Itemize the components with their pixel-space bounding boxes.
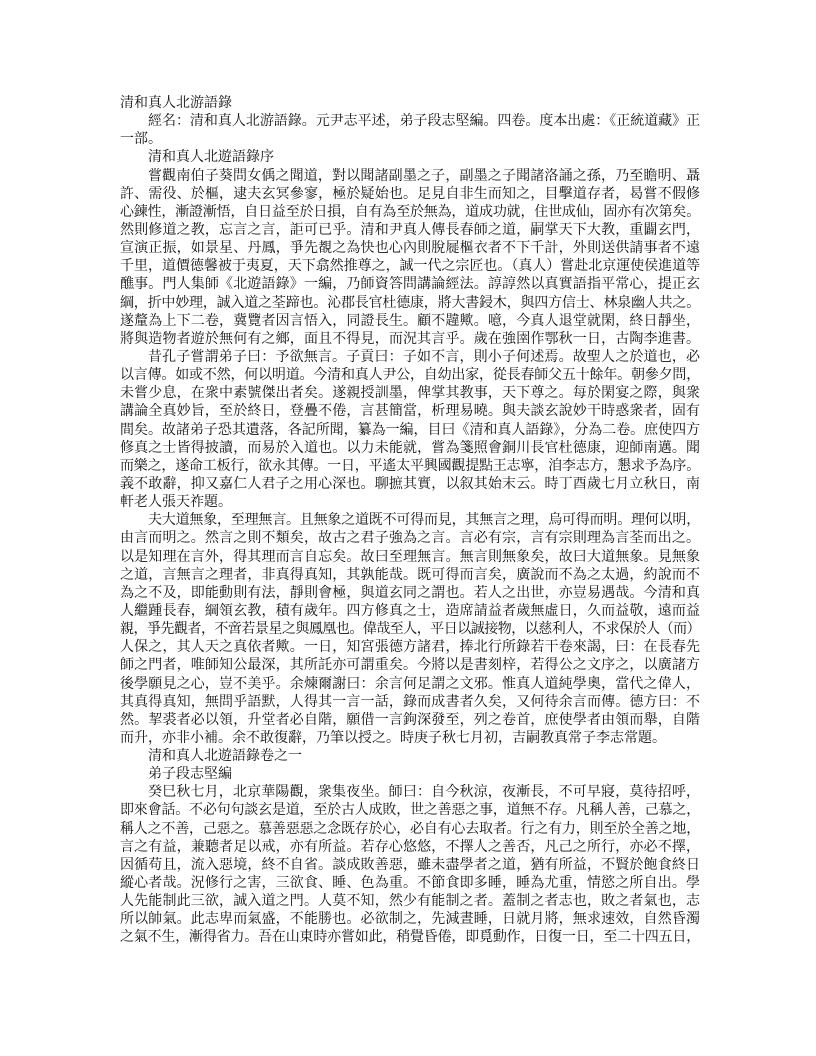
text-line: 昔孔子嘗謂弟子曰：予欲無言。子貢曰：子如不言，則小子何述焉。故聖人之於道也，必 bbox=[120, 348, 700, 366]
text-line: 未嘗少息，在衆中素號傑出者矣。遂親授訓墨，俾掌其教事，天下尊之。每於閑宴之際，與… bbox=[120, 384, 700, 402]
text-line: 由言而明之。然言之則不類矣，故古之君子強為之言。言必有宗，言有宗則理為言荃而出之… bbox=[120, 529, 700, 547]
compiler-credit: 弟子段志堅編 bbox=[120, 765, 700, 783]
text-line: 其真得真知，無問乎語默，人得其一言一話，錄而成書者久矣，又何待余言而傳。德方曰：… bbox=[120, 693, 700, 711]
text-line: 許、需役、於樞，逮夫玄冥參寥，極於疑始也。足見自非生而知之，目擊道存者，曷嘗不假… bbox=[120, 185, 700, 203]
text-line: 夫大道無象，至理無言。且無象之道既不可得而見，其無言之理，烏可得而明。理何以明， bbox=[120, 511, 700, 529]
text-line: 講論全真妙旨，至於終日，登疊不倦，言甚簡當，析理易曉。與夫談玄說妙干時惑衆者，固… bbox=[120, 402, 700, 420]
preface-title: 清和真人北遊語錄序 bbox=[120, 148, 700, 166]
text-line: 之道，言無言之理者，非真得真知，其孰能哉。既可得而言矣，廣說而不為之太過，約說而… bbox=[120, 566, 700, 584]
preface-paragraph-3: 夫大道無象，至理無言。且無象之道既不可得而見，其無言之理，烏可得而明。理何以明，… bbox=[120, 511, 700, 747]
text-line: 以言傳。如或不然，何以明道。今清和真人尹公，自幼出家，從長春師父五十餘年。朝參夕… bbox=[120, 366, 700, 384]
text-line: 人保之，其人天之真依者歟。一日，知宮張德方諸君，捧北行所錄若干卷來謁，曰：在長春… bbox=[120, 638, 700, 656]
text-line: 宣演正振，如景星、丹鳳，爭先覩之為快也心內則脫屣樞衣者不下千計，外則送供請事者不… bbox=[120, 239, 700, 257]
text-line: 然。挈裘者必以領，升堂者必自階，願借一言鉤深發至，列之卷首，庶使學者由領而舉，自… bbox=[120, 711, 700, 729]
text-line: 心鍊性，漸證漸悟，自日益至於日損，自有為至於無為，道成功就，住世成仙，固亦有次第… bbox=[120, 203, 700, 221]
text-line: 之氣不生，漸得省力。吾在山東時亦嘗如此，稍覺昏倦，即覓動作，日復一日，至二十四五… bbox=[120, 928, 700, 946]
preface-paragraph-2: 昔孔子嘗謂弟子曰：予欲無言。子貢曰：子如不言，則小子何述焉。故聖人之於道也，必 … bbox=[120, 348, 700, 511]
body-paragraph-1: 癸巳秋七月，北京華陽觀，衆集夜坐。師曰：自今秋涼，夜漸長，不可早寢，莫待招呼， … bbox=[120, 783, 700, 946]
volume-heading: 清和真人北遊語錄卷之一 bbox=[120, 747, 700, 765]
text-line: 後學願見之心，豈不美乎。余煉爾謝曰：余言何足謂之文邪。惟真人道純學奧，當代之偉人… bbox=[120, 675, 700, 693]
text-line: 縱心者哉。況修行之害，三欲食、睡、色為重。不節食即多睡，睡為尤重，情慾之所自出。… bbox=[120, 874, 700, 892]
text-line: 而樂之，遂命工板行，欲永其傳。一日，平遙太平興國觀提點王志寧，洎李志方，懇求予為… bbox=[120, 457, 700, 475]
text-line: 將與造物者遊於無何有之鄉，面且不得見，而況其言乎。歲在強圉作鄂秋一日，古陶李進書… bbox=[120, 330, 700, 348]
text-line: 親，爭先觀者，不啻若景星之與鳳凰也。偉哉至人，平日以誠接物，以慈利人，不求保於人… bbox=[120, 620, 700, 638]
text-line: 醮事。門人集師《北遊語錄》一編，乃師資答問講論經法。諄諄然以真實語指平常心，提正… bbox=[120, 275, 700, 293]
catalog-entry-line: 一部。 bbox=[120, 130, 700, 148]
text-line: 以是知理在言外，得其理而言自忘矣。故曰至理無言。無言則無象矣，故曰大道無象。見無… bbox=[120, 548, 700, 566]
text-line: 然則修道之教，忘言之言，詎可已乎。清和尹真人傳長春師之道，嗣掌天下大教，重闢玄門… bbox=[120, 221, 700, 239]
text-line: 癸巳秋七月，北京華陽觀，衆集夜坐。師曰：自今秋涼，夜漸長，不可早寢，莫待招呼， bbox=[120, 783, 700, 801]
text-line: 義不敢辭，抑又嘉仁人君子之用心深也。聊摭其實，以叙其始末云。時丁酉歲七月立秋日，… bbox=[120, 475, 700, 493]
preface-paragraph-1: 嘗觀南伯子葵問女偊之聞道，對以聞諸副墨之子，副墨之子聞諸洛誦之孫，乃至瞻明、聶 … bbox=[120, 167, 700, 348]
text-line: 所以帥氣。此志卑而氣盛，不能勝也。必欲制之，先減晝睡，日就月將，無求速效，自然昏… bbox=[120, 910, 700, 928]
text-line: 即來會話。不必句句談玄是道，至於古人成敗，世之善惡之事，道無不存。凡稱人善，己慕… bbox=[120, 801, 700, 819]
text-line: 間矣。故諸弟子恐其遺落，各記所聞，纂為一編，目曰《清和真人語錄》，分為二卷。庶使… bbox=[120, 421, 700, 439]
text-line: 嘗觀南伯子葵問女偊之聞道，對以聞諸副墨之子，副墨之子聞諸洛誦之孫，乃至瞻明、聶 bbox=[120, 167, 700, 185]
text-line: 遂釐為上下二卷，冀覽者因言悟入，同證長生。顧不韙歟。噫，今真人退堂就閑，終日靜坐… bbox=[120, 312, 700, 330]
text-line: 師之門者，唯師知公最深，其所託亦可謂重矣。今將以是書刻梓，若得公之文序之，以廣諸… bbox=[120, 656, 700, 674]
text-line: 稱人之不善，己惡之。慕善惡惡之念既存於心，必自有心去取者。行之有力，則至於全善之… bbox=[120, 820, 700, 838]
text-line: 修真之士皆得披讀，而易於入道也。以力未能就，嘗為箋照會銅川長官杜德康，迎師南邁。… bbox=[120, 439, 700, 457]
text-line: 言之有益，兼聽者足以戒，亦有所益。若存心悠悠，不擇人之善否，凡己之所行，亦必不擇… bbox=[120, 838, 700, 856]
text-line: 因循苟且，流入惡境，終不自省。談成敗善惡，雖未盡學者之道，猶有所益，不賢於飽食終… bbox=[120, 856, 700, 874]
text-line: 綱，折中妙理，誠入道之荃蹄也。沁郡長官杜德康，將大書鋟木，與四方信士、林泉幽人共… bbox=[120, 294, 700, 312]
document-title: 清和真人北游語錄 bbox=[120, 94, 700, 112]
text-line: 軒老人張天祚題。 bbox=[120, 493, 700, 511]
catalog-entry: 經名：清和真人北游語錄。元尹志平述，弟子段志堅編。四卷。度本出處：《正統道藏》正… bbox=[120, 112, 700, 148]
text-line: 為之不及，即能動則有法，靜則會極，與道玄同之謂也。若人之出世，亦豈易遇哉。今清和… bbox=[120, 584, 700, 602]
text-line: 千里，道價德馨被于夷夏，天下翕然推尊之，誠一代之宗匠也。（真人）嘗赴北京運使侯進… bbox=[120, 257, 700, 275]
catalog-entry-line: 經名：清和真人北游語錄。元尹志平述，弟子段志堅編。四卷。度本出處：《正統道藏》正 bbox=[120, 112, 700, 130]
text-line: 而升，亦非小補。余不敢復辭，乃筆以授之。時庚子秋七月初，吉嗣教真常子李志常題。 bbox=[120, 729, 700, 747]
text-line: 人繼踵長春，綱領玄教，積有歲年。四方修真之士，造席請益者歲無虛日，久而益敬，遠而… bbox=[120, 602, 700, 620]
text-line: 人先能制此三欲，誠入道之門。人莫不知，然少有能制之者。蓋制之者志也，敗之者氣也，… bbox=[120, 892, 700, 910]
document-page: 清和真人北游語錄 經名：清和真人北游語錄。元尹志平述，弟子段志堅編。四卷。度本出… bbox=[120, 94, 700, 947]
